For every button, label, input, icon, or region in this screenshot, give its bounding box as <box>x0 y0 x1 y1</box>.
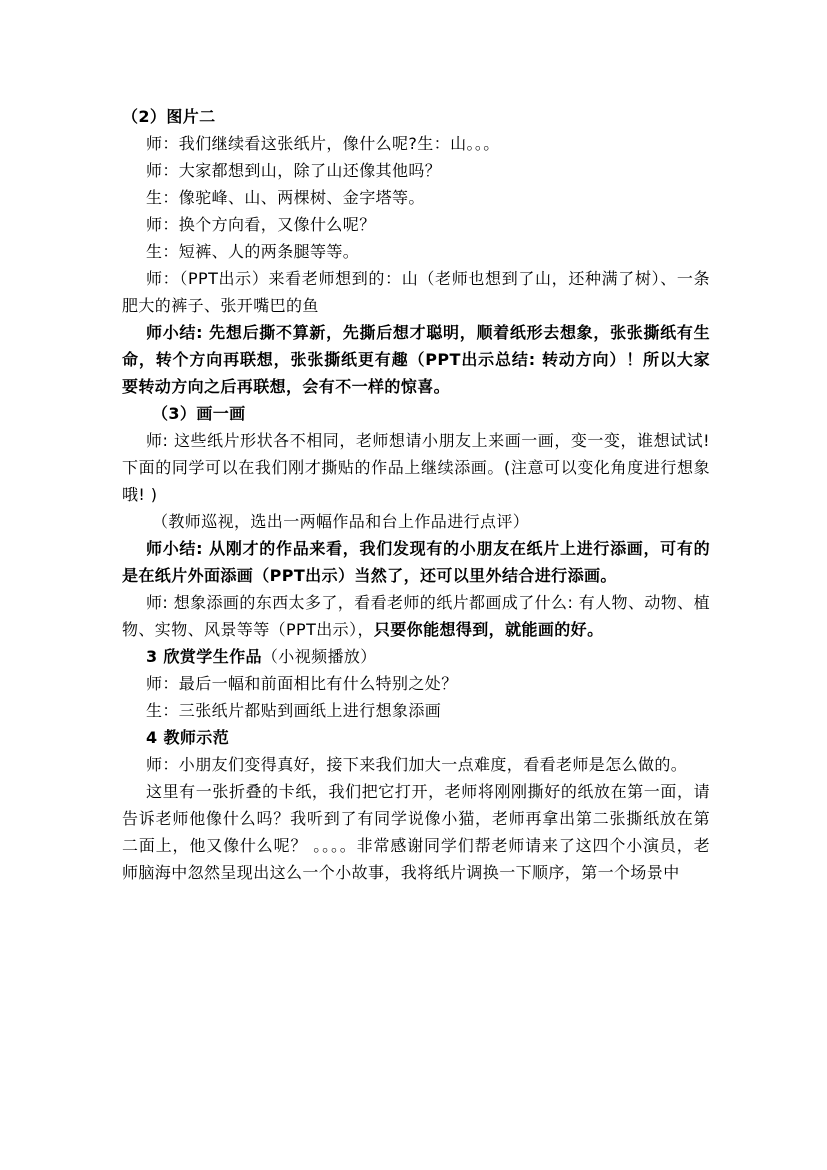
dialogue-student-line: 生：三张纸片都贴到画纸上进行想象添画 <box>122 697 710 724</box>
dialogue-teacher-line: 师：换个方向看，又像什么呢？ <box>122 211 710 238</box>
document-page: （2）图片二 师：我们继续看这张纸片，像什么呢?生：山。。。 师：大家都想到山，… <box>122 103 710 886</box>
teacher-summary-paragraph: 师小结: 先想后撕不算新，先撕后想才聪明，顺着纸形去想象，张张撕纸有生命，转个方… <box>122 319 710 400</box>
dialogue-teacher-paragraph: 这里有一张折叠的卡纸，我们把它打开，老师将刚刚撕好的纸放在第一面，请告诉老师他像… <box>122 778 710 886</box>
teacher-text-emphasis: 只要你能想得到，就能画的好。 <box>374 620 604 639</box>
dialogue-teacher-paragraph: 师：（PPT出示）来看老师想到的：山（老师也想到了山，还种满了树）、一条肥大的裤… <box>122 265 710 319</box>
heading-main: 3 欣赏学生作品 <box>146 647 262 666</box>
dialogue-teacher-line: 师：我们继续看这张纸片，像什么呢?生：山。。。 <box>122 130 710 157</box>
dialogue-teacher-line: 师：小朋友们变得真好，接下来我们加大一点难度，看看老师是怎么做的。 <box>122 751 710 778</box>
section-heading-appreciate: 3 欣赏学生作品（小视频播放） <box>122 643 710 670</box>
dialogue-student-line: 生：像驼峰、山、两棵树、金字塔等。 <box>122 184 710 211</box>
dialogue-teacher-paragraph: 师: 想象添画的东西太多了，看看老师的纸片都画成了什么: 有人物、动物、植物、实… <box>122 589 710 643</box>
teacher-summary-paragraph: 师小结: 从刚才的作品来看，我们发现有的小朋友在纸片上进行添画，可有的是在纸片外… <box>122 535 710 589</box>
section-heading-draw: （3）画一画 <box>122 400 710 427</box>
section-heading-demonstration: 4 教师示范 <box>122 724 710 751</box>
heading-note: （小视频播放） <box>262 647 377 666</box>
dialogue-teacher-line: 师：最后一幅和前面相比有什么特别之处？ <box>122 670 710 697</box>
dialogue-student-line: 生：短裤、人的两条腿等等。 <box>122 238 710 265</box>
dialogue-teacher-paragraph: 师: 这些纸片形状各不相同，老师想请小朋友上来画一画，变一变，谁想试试! 下面的… <box>122 427 710 508</box>
stage-direction-line: （教师巡视，选出一两幅作品和台上作品进行点评） <box>122 508 710 535</box>
section-heading-picture-2: （2）图片二 <box>122 103 710 130</box>
dialogue-teacher-line: 师：大家都想到山，除了山还像其他吗？ <box>122 157 710 184</box>
